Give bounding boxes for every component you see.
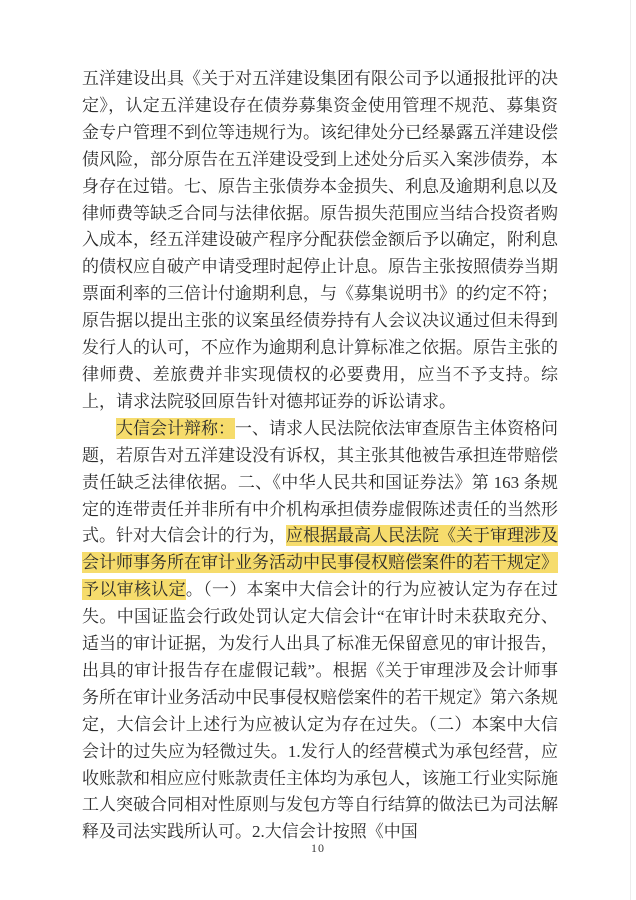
scan-edge-line bbox=[630, 0, 631, 900]
body-text: 五洋建设出具《关于对五洋建设集团有限公司予以通报批评的决定》，认定五洋建设存在债… bbox=[82, 69, 558, 411]
body-text: 。（一）本案中大信会计的行为应被认定为存在过失。中国证监会行政处罚认定大信会计“… bbox=[82, 580, 558, 841]
highlighted-text: 大信会计辩称： bbox=[116, 418, 235, 439]
page-number: 10 bbox=[0, 841, 636, 856]
paragraph: 五洋建设出具《关于对五洋建设集团有限公司予以通报批评的决定》，认定五洋建设存在债… bbox=[82, 66, 558, 416]
document-page: 五洋建设出具《关于对五洋建设集团有限公司予以通报批评的决定》，认定五洋建设存在债… bbox=[0, 0, 636, 900]
paragraph: 大信会计辩称：一、请求人民法院依法审查原告主体资格问题，若原告对五洋建设没有诉权… bbox=[82, 416, 558, 847]
document-body: 五洋建设出具《关于对五洋建设集团有限公司予以通报批评的决定》，认定五洋建设存在债… bbox=[82, 66, 558, 846]
